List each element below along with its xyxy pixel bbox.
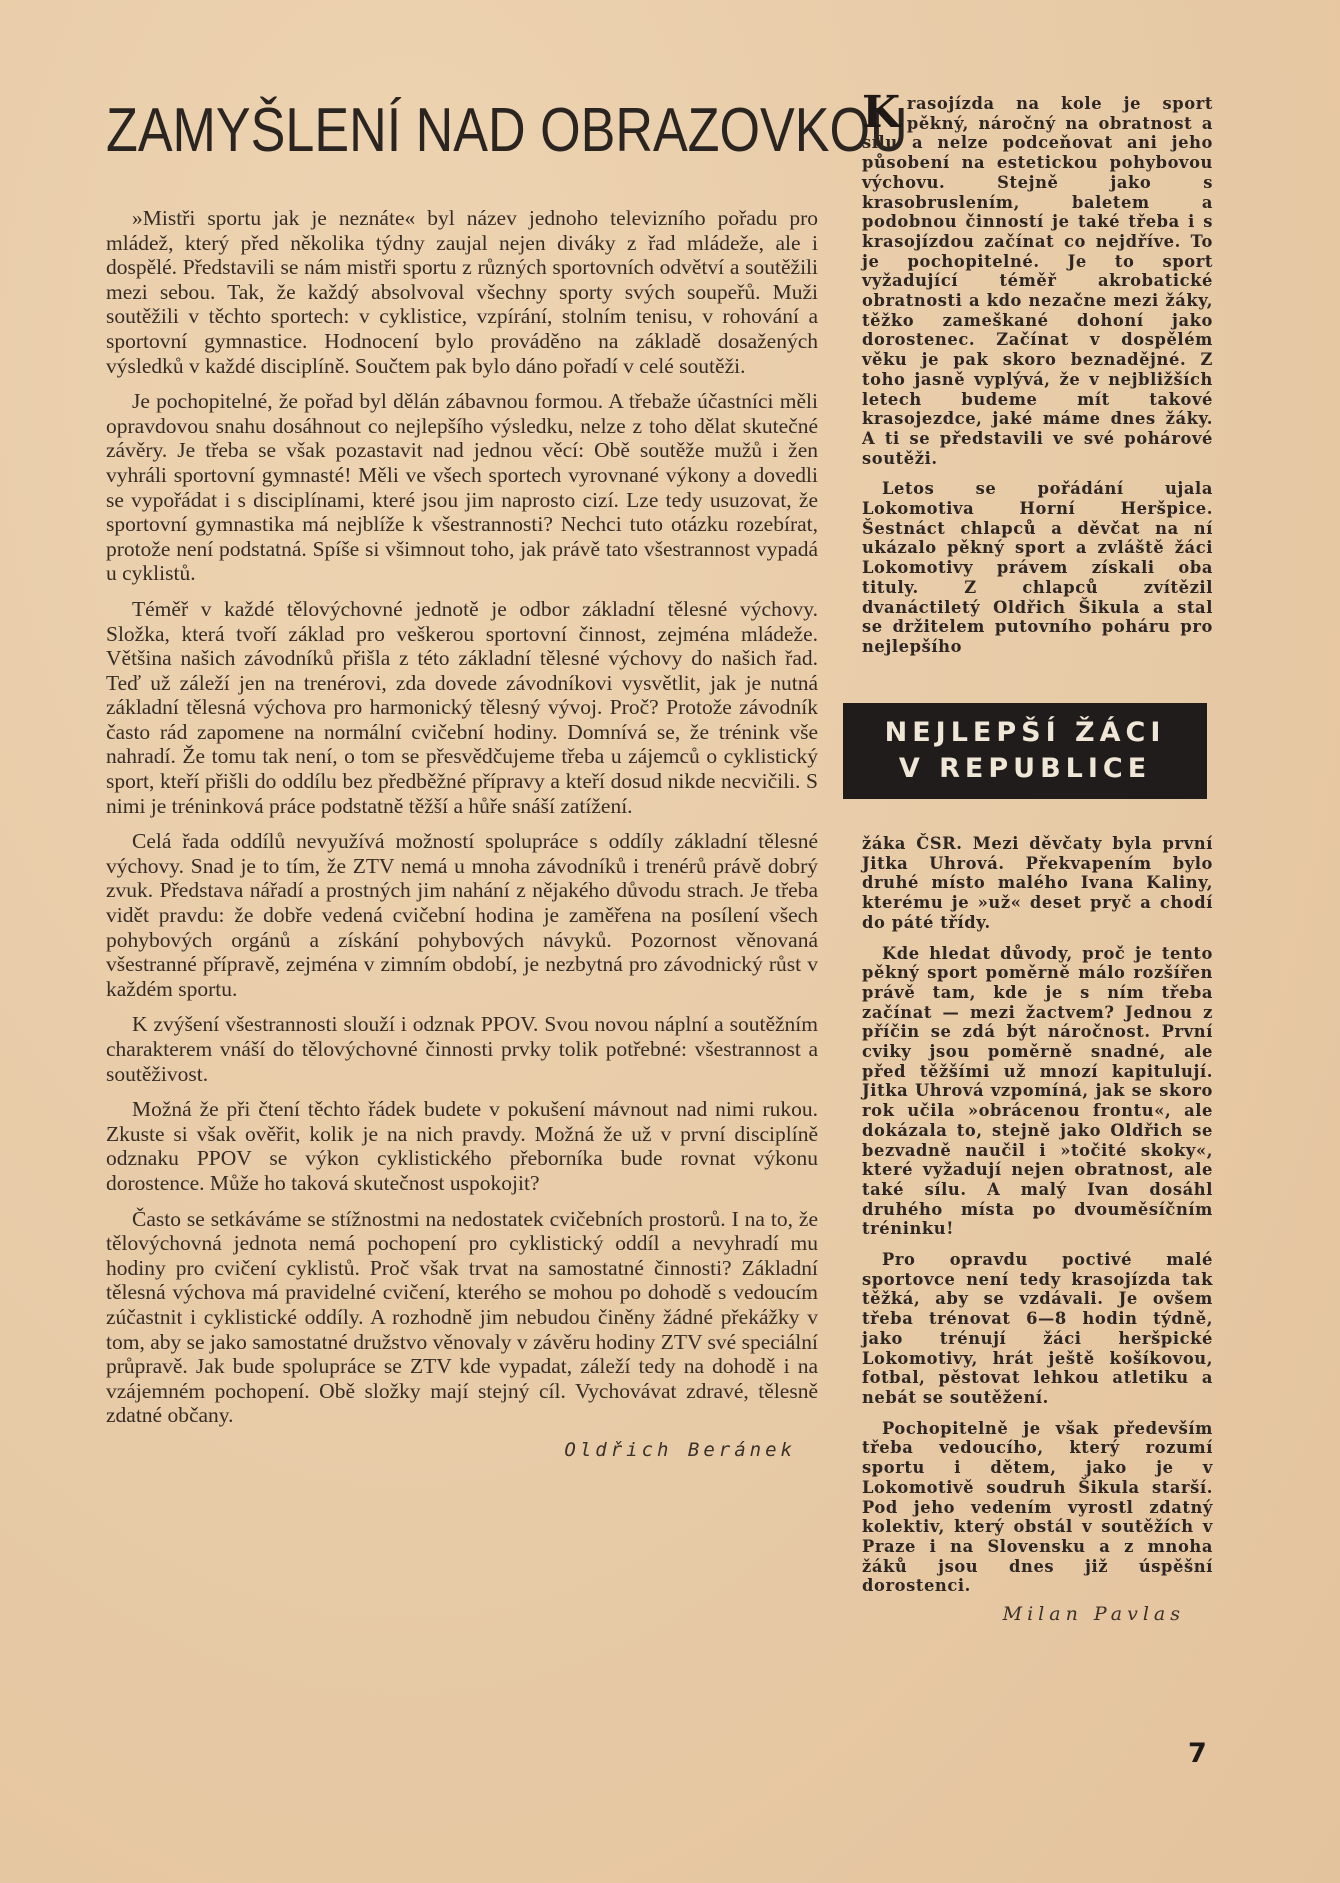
article-paragraph: Kde hledat důvody, proč je tento pěkný s… (862, 944, 1213, 1240)
article-paragraph: K zvýšení všestrannosti slouží i odznak … (106, 1012, 818, 1086)
article-right-bottom: žáka ČSR. Mezi děvčaty byla první Jitka … (862, 834, 1213, 1625)
article-paragraph: Celá řada oddílů nevyužívá možností spol… (106, 829, 818, 1001)
article-paragraph: Krasojízda na kole je sport pěkný, nároč… (862, 94, 1213, 468)
article-left: ZAMYŠLENÍ NAD OBRAZOVKOU »Mistři sportu … (106, 96, 818, 1461)
section-heading-line: V REPUBLICE (899, 751, 1151, 787)
section-heading-box: NEJLEPŠÍ ŽÁCI V REPUBLICE (843, 703, 1207, 799)
article-title: ZAMYŠLENÍ NAD OBRAZOVKOU (106, 96, 820, 166)
article-author: Milan Pavlas (862, 1603, 1213, 1625)
article-paragraph: žáka ČSR. Mezi děvčaty byla první Jitka … (862, 834, 1213, 933)
section-heading-line: NEJLEPŠÍ ŽÁCI (885, 715, 1166, 751)
article-paragraph: Možná že při čtení těchto řádek budete v… (106, 1097, 818, 1195)
article-paragraph: Je pochopitelné, že pořad byl dělán zába… (106, 389, 818, 586)
page-number: 7 (1188, 1738, 1207, 1769)
article-paragraph: Pro opravdu poctivé malé sportovce není … (862, 1250, 1213, 1408)
paragraph-text: rasojízda na kole je sport pěkný, náročn… (862, 94, 1213, 468)
article-paragraph: Pochopitelně je však především třeba ved… (862, 1419, 1213, 1596)
article-author: Oldřich Beránek (106, 1439, 818, 1461)
article-paragraph: »Mistři sportu jak je neznáte« byl název… (106, 206, 818, 378)
magazine-page: ZAMYŠLENÍ NAD OBRAZOVKOU »Mistři sportu … (0, 0, 1340, 1883)
article-right-top: Krasojízda na kole je sport pěkný, nároč… (862, 94, 1213, 668)
article-paragraph: Často se setkáváme se stížnostmi na nedo… (106, 1207, 818, 1428)
article-paragraph: Letos se pořádání ujala Lokomotiva Horní… (862, 479, 1213, 656)
drop-cap: K (862, 96, 901, 130)
article-paragraph: Téměř v každé tělovýchovné jednotě je od… (106, 597, 818, 818)
